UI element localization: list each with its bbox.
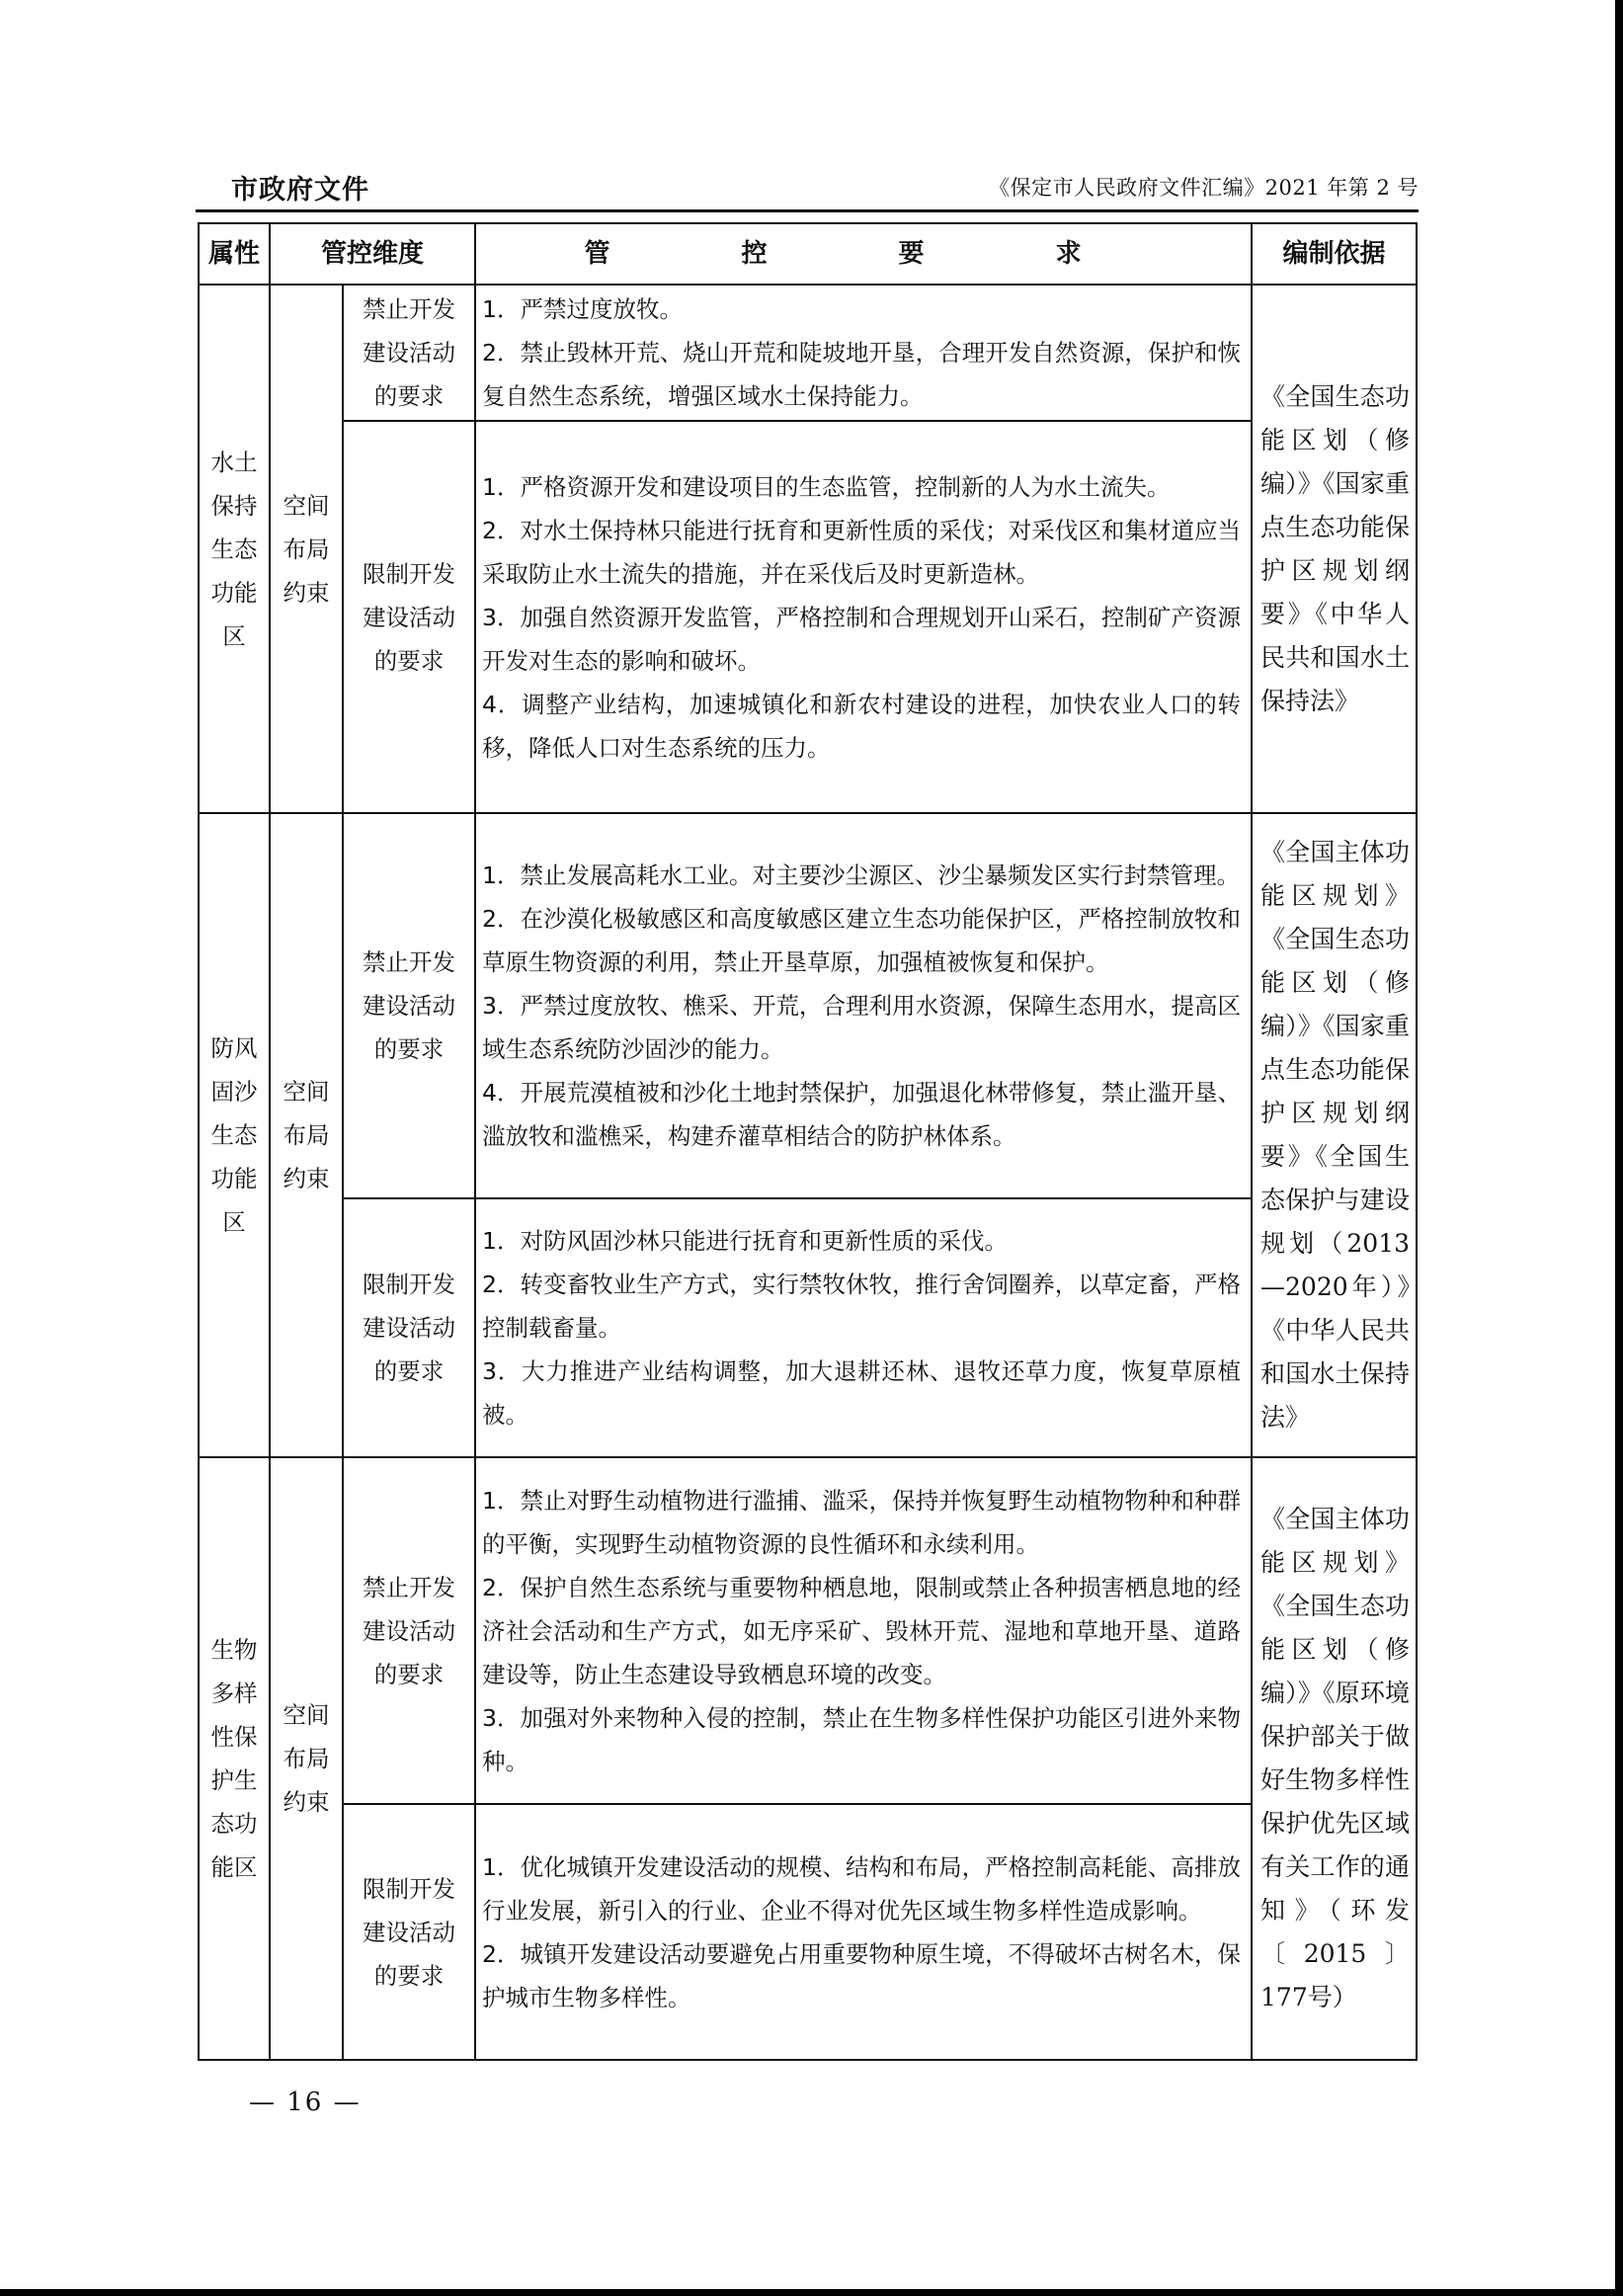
attribute-cell: 生物多样性保护生态功能区 <box>199 1457 270 2060</box>
requirements-cell: 1．优化城镇开发建设活动的规模、结构和布局，严格控制高耗能、高排放行业发展，新引… <box>475 1804 1252 2060</box>
page-number: — 16 — <box>249 2088 362 2117</box>
table-row: 生物多样性保护生态功能区 空间布局约束 禁止开发建设活动的要求 1．禁止对野生动… <box>199 1457 1417 1804</box>
requirement-item: 1．严格资源开发和建设项目的生态监管，控制新的人为水土流失。 <box>482 465 1241 509</box>
header-basis: 编制依据 <box>1252 223 1417 285</box>
requirements-cell: 1．禁止对野生动植物进行滥捕、滥采，保持并恢复野生动植物物种和种群的平衡，实现野… <box>475 1457 1252 1804</box>
requirement-item: 4．开展荒漠植被和沙化土地封禁保护，加强退化林带修复，禁止滥开垦、滥放牧和滥樵采… <box>482 1071 1241 1158</box>
running-head-left: 市政府文件 <box>231 168 369 206</box>
requirement-item: 2．对水土保持林只能进行抚育和更新性质的采伐；对采伐区和集材道应当采取防止水土流… <box>482 509 1241 596</box>
requirement-item: 2．在沙漠化极敏感区和高度敏感区建立生态功能保护区，严格控制放牧和草原生物资源的… <box>482 897 1241 984</box>
requirement-item: 1．禁止发展高耗水工业。对主要沙尘源区、沙尘暴频发区实行封禁管理。 <box>482 854 1241 897</box>
requirement-item: 3．大力推进产业结构调整，加大退耕还林、退牧还草力度，恢复草原植被。 <box>482 1350 1241 1436</box>
sub-dimension-cell: 禁止开发建设活动的要求 <box>343 285 475 421</box>
requirement-item: 3．加强对外来物种入侵的控制，禁止在生物多样性保护功能区引进外来物种。 <box>482 1696 1241 1783</box>
requirement-item: 1．严禁过度放牧。 <box>482 287 1241 331</box>
running-head-right: 《保定市人民政府文件汇编》2021 年第 2 号 <box>989 172 1419 202</box>
dimension-cell: 空间布局约束 <box>270 1457 343 2060</box>
dimension-cell: 空间布局约束 <box>270 285 343 813</box>
requirement-item: 2．禁止毁林开荒、烧山开荒和陡坡地开垦，合理开发自然资源，保护和恢复自然生态系统… <box>482 331 1241 418</box>
requirements-cell: 1．严格资源开发和建设项目的生态监管，控制新的人为水土流失。 2．对水土保持林只… <box>475 421 1252 813</box>
requirements-cell: 1．对防风固沙林只能进行抚育和更新性质的采伐。 2．转变畜牧业生产方式，实行禁牧… <box>475 1198 1252 1457</box>
header-dimension: 管控维度 <box>270 223 475 285</box>
sub-dimension-cell: 限制开发建设活动的要求 <box>343 1198 475 1457</box>
sub-dimension-cell: 限制开发建设活动的要求 <box>343 1804 475 2060</box>
sub-dimension-cell: 禁止开发建设活动的要求 <box>343 813 475 1198</box>
requirement-item: 1．优化城镇开发建设活动的规模、结构和布局，严格控制高耗能、高排放行业发展，新引… <box>482 1845 1241 1932</box>
requirement-item: 4．调整产业结构，加速城镇化和新农村建设的进程，加快农业人口的转移，降低人口对生… <box>482 683 1241 770</box>
scan-edge-bottom <box>0 2289 1623 2296</box>
scan-edge-right <box>1615 0 1623 2296</box>
attribute-cell: 防风固沙生态功能区 <box>199 813 270 1457</box>
requirements-cell: 1．禁止发展高耗水工业。对主要沙尘源区、沙尘暴频发区实行封禁管理。 2．在沙漠化… <box>475 813 1252 1198</box>
basis-cell: 《全国主体功能区规划》《全国生态功能区划（修编）》《原环境保护部关于做好生物多样… <box>1252 1457 1417 2060</box>
requirement-item: 1．对防风固沙林只能进行抚育和更新性质的采伐。 <box>482 1219 1241 1263</box>
requirement-item: 3．严禁过度放牧、樵采、开荒，合理利用水资源，保障生态用水，提高区域生态系统防沙… <box>482 984 1241 1071</box>
requirement-item: 2．保护自然生态系统与重要物种栖息地，限制或禁止各种损害栖息地的经济社会活动和生… <box>482 1566 1241 1696</box>
requirement-item: 3．加强自然资源开发监管，严格控制和合理规划开山采石，控制矿产资源开发对生态的影… <box>482 596 1241 683</box>
header-attribute: 属性 <box>199 223 270 285</box>
requirements-cell: 1．严禁过度放牧。 2．禁止毁林开荒、烧山开荒和陡坡地开垦，合理开发自然资源，保… <box>475 285 1252 421</box>
basis-cell: 《全国主体功能区规划》《全国生态功能区划（修编）》《国家重点生态功能保护区规划纲… <box>1252 813 1417 1457</box>
header-rule <box>196 209 1419 212</box>
basis-cell: 《全国生态功能区划（修编）》《国家重点生态功能保护区规划纲要》《中华人民共和国水… <box>1252 285 1417 813</box>
requirement-item: 2．转变畜牧业生产方式，实行禁牧休牧，推行舍饲圈养，以草定畜，严格控制载畜量。 <box>482 1263 1241 1350</box>
table-row: 防风固沙生态功能区 空间布局约束 禁止开发建设活动的要求 1．禁止发展高耗水工业… <box>199 813 1417 1198</box>
sub-dimension-cell: 禁止开发建设活动的要求 <box>343 1457 475 1804</box>
requirement-item: 2．城镇开发建设活动要避免占用重要物种原生境，不得破坏古树名木，保护城市生物多样… <box>482 1932 1241 2019</box>
header-requirements: 管 控 要 求 <box>475 223 1252 285</box>
sub-dimension-cell: 限制开发建设活动的要求 <box>343 421 475 813</box>
table-row: 水土保持生态功能区 空间布局约束 禁止开发建设活动的要求 1．严禁过度放牧。 2… <box>199 285 1417 421</box>
table-row: 限制开发建设活动的要求 1．严格资源开发和建设项目的生态监管，控制新的人为水土流… <box>199 421 1417 813</box>
dimension-cell: 空间布局约束 <box>270 813 343 1457</box>
running-head: 市政府文件 《保定市人民政府文件汇编》2021 年第 2 号 <box>196 166 1419 209</box>
table-row: 限制开发建设活动的要求 1．优化城镇开发建设活动的规模、结构和布局，严格控制高耗… <box>199 1804 1417 2060</box>
table-header-row: 属性 管控维度 管 控 要 求 编制依据 <box>199 223 1417 285</box>
control-requirements-table: 属性 管控维度 管 控 要 求 编制依据 水土保持生态功能区 空间布局约束 禁止… <box>198 222 1418 2061</box>
attribute-cell: 水土保持生态功能区 <box>199 285 270 813</box>
table-row: 限制开发建设活动的要求 1．对防风固沙林只能进行抚育和更新性质的采伐。 2．转变… <box>199 1198 1417 1457</box>
requirement-item: 1．禁止对野生动植物进行滥捕、滥采，保持并恢复野生动植物物种和种群的平衡，实现野… <box>482 1479 1241 1566</box>
